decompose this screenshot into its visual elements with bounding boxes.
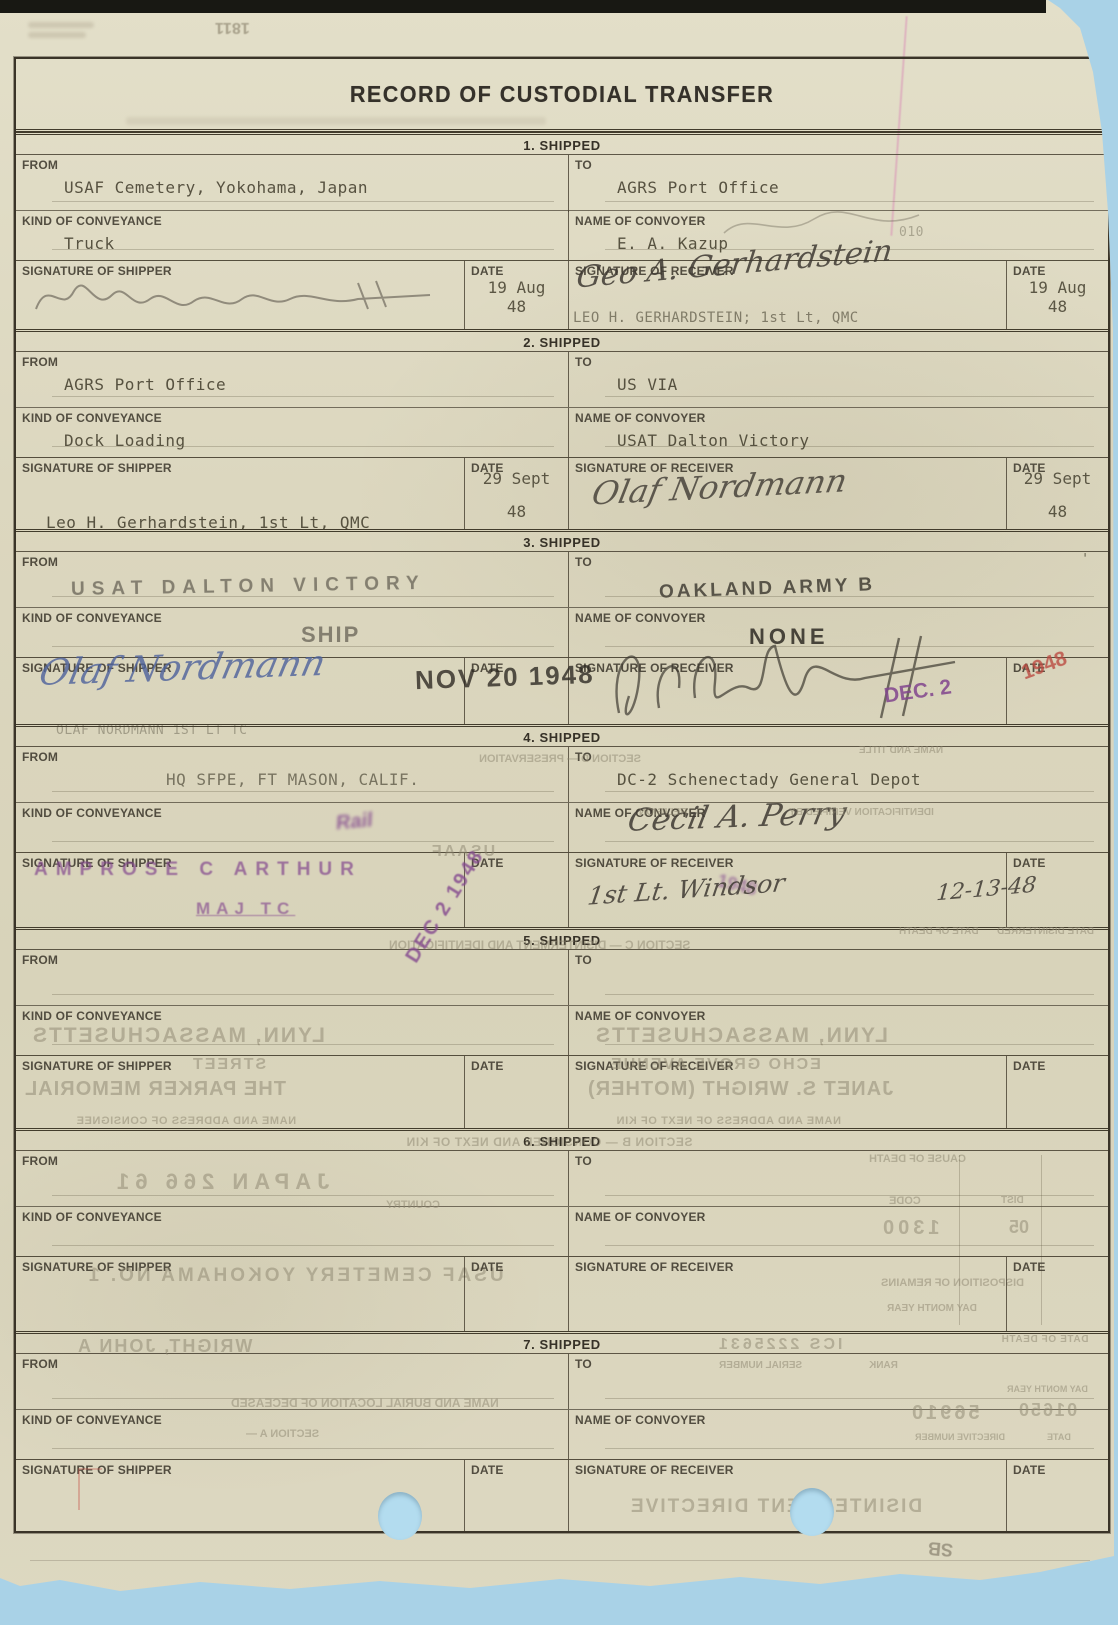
section-1-header: 1. SHIPPED bbox=[16, 135, 1108, 155]
s7-kind-cell: KIND OF CONVEYANCE NAME AND BURIAL LOCAT… bbox=[16, 1410, 568, 1459]
from-label: FROM bbox=[16, 552, 568, 569]
punch-hole-left bbox=[378, 1492, 422, 1540]
s4-from-value: HQ SFPE, FT MASON, CALIF. bbox=[16, 770, 568, 789]
s5-dod-bleed: DATE OF DEATH bbox=[899, 926, 979, 937]
s4-shipper-sig-cell: SIGNATURE OF SHIPPER AMPROSE C ARTHUR MA… bbox=[16, 853, 464, 927]
s1-shipper-date-line1: 19 Aug bbox=[465, 278, 568, 297]
s5-convoyer-cell: NAME OF CONVOYER LYNN, MASSACHUSETTS bbox=[568, 1006, 1108, 1055]
kind-label: KIND OF CONVEYANCE bbox=[16, 1207, 568, 1224]
s2-receiver-date-line2: 48 bbox=[1007, 502, 1108, 521]
s6-disposition-bleed: DISPOSITION OF REMAINS bbox=[881, 1277, 1024, 1289]
s7-disinterment-bleed: DISINTERMENT DIRECTIVE bbox=[629, 1496, 922, 1518]
section-2: 2. SHIPPED FROM AGRS Port Office TO US V… bbox=[16, 329, 1108, 529]
s2-receiver-date-cell: DATE 29 Sept48 bbox=[1006, 458, 1108, 529]
section-6-header: 6. SHIPPED NAME AND ADDRESS OF CONSIGNEE… bbox=[16, 1131, 1108, 1151]
s7-section-bleed: SECTION A — bbox=[246, 1428, 319, 1440]
from-label: FROM bbox=[16, 1151, 568, 1168]
s7-burial-bleed: NAME AND BURIAL LOCATION OF DECEASED bbox=[231, 1396, 499, 1410]
section-1: 1. SHIPPED FROM USAF Cemetery, Yokohama,… bbox=[16, 132, 1108, 329]
from-label: FROM bbox=[16, 950, 568, 967]
s4-idverified-bleed: IDENTIFICATION VERIFIED BY bbox=[789, 807, 934, 818]
s6-caption-bleed: SECTION B — CONSIGNEE AND NEXT OF KIN bbox=[406, 1135, 692, 1149]
section-3: 3. SHIPPED ' ST. LT. T.S. FROM USAT DALT… bbox=[16, 529, 1108, 724]
s2-from-cell: FROM AGRS Port Office bbox=[16, 352, 568, 407]
s6-dist-bleed: DIST bbox=[1001, 1195, 1024, 1206]
s7-date-bleed: DATE bbox=[1047, 1432, 1071, 1442]
s4-kind-smudged-stamp: Rail bbox=[335, 809, 373, 835]
s6-cemetery-bleed: USAF CEMETERY YOKOHAMA NO. 1 bbox=[86, 1265, 504, 1287]
s6-nok-bleed: NAME AND ADDRESS OF NEXT OF KIN bbox=[616, 1115, 841, 1127]
s5-receiver-date-cell: DATE DATE DISINTERRED bbox=[1006, 1056, 1108, 1128]
s3-from-stamp: USAT DALTON VICTORY bbox=[71, 573, 426, 601]
s3-shipper-date-cell: DATE NOV 20 1948 bbox=[464, 658, 568, 724]
from-label: FROM bbox=[16, 155, 568, 172]
s3-shipper-typed-faint: OLAF NORDMANN 1ST LT TC bbox=[56, 723, 504, 738]
section-7-header: 7. SHIPPED WRIGHT, JOHN A ICS 2225631 DA… bbox=[16, 1334, 1108, 1354]
scanned-document: 1811 RECORD OF CUSTODIAL TRANSFER 1. SHI… bbox=[0, 0, 1118, 1625]
s7-ics-bleed: ICS 2225631 bbox=[716, 1336, 842, 1354]
convoyer-label: NAME OF CONVOYER bbox=[569, 1006, 1108, 1023]
s3-shipper-signature: Olaf Nordmann bbox=[35, 643, 329, 694]
s7-dmy-bleed: DAY MONTH YEAR bbox=[1007, 1384, 1088, 1394]
section-2-header-label: 2. SHIPPED bbox=[523, 335, 601, 350]
s5-to-cell: TO bbox=[568, 950, 1108, 1005]
to-label: TO bbox=[569, 747, 1108, 764]
custodial-transfer-form: RECORD OF CUSTODIAL TRANSFER 1. SHIPPED … bbox=[14, 57, 1110, 1533]
s2-from-value: AGRS Port Office bbox=[16, 375, 568, 394]
s6-shipper-date-cell: DATE bbox=[464, 1257, 568, 1331]
s5-lynn-right-bleed: LYNN, MASSACHUSETTS bbox=[594, 1024, 888, 1048]
s7-number1-bleed: 56910 bbox=[909, 1402, 980, 1425]
date-label: DATE bbox=[465, 261, 568, 278]
date-label: DATE bbox=[465, 1257, 568, 1274]
s3-date-stamp: NOV 20 1948 bbox=[415, 659, 596, 696]
s1-convoyer-value: E. A. Kazup bbox=[569, 234, 1108, 253]
s6-code-bleed: CODE bbox=[889, 1195, 921, 1207]
from-label: FROM bbox=[16, 1354, 568, 1371]
s6-cause-bleed: CAUSE OF DEATH bbox=[869, 1153, 966, 1165]
s6-1300-bleed: 1300 bbox=[879, 1217, 940, 1240]
illegible-signature bbox=[28, 269, 448, 327]
to-label: TO bbox=[569, 352, 1108, 369]
s6-from-cell: FROM JAPAN 266 61 COUNTRY bbox=[16, 1151, 568, 1206]
s1-receiver-date-cell: DATE 19 Aug48 bbox=[1006, 261, 1108, 329]
s3-receiver-sig-cell: SIGNATURE OF RECEIVER DEC. 2 bbox=[568, 658, 1006, 724]
top-smudge-1 bbox=[28, 22, 94, 28]
s6-convoyer-cell: NAME OF CONVOYER CODE DIST 1300 05 bbox=[568, 1207, 1108, 1256]
s1-kind-cell: KIND OF CONVEYANCE Truck bbox=[16, 211, 568, 260]
s5-street-bleed: STREET bbox=[191, 1056, 266, 1074]
to-label: TO bbox=[569, 1151, 1108, 1168]
section-4-header-label: 4. SHIPPED bbox=[523, 730, 601, 745]
punch-hole-right bbox=[790, 1488, 834, 1536]
s6-receiver-sig-cell: SIGNATURE OF RECEIVER DISPOSITION OF REM… bbox=[568, 1257, 1006, 1331]
s3-shipper-sig-cell: SIGNATURE OF SHIPPER Olaf Nordmann OLAF … bbox=[16, 658, 464, 724]
kind-label: KIND OF CONVEYANCE bbox=[16, 803, 568, 820]
kind-label: KIND OF CONVEYANCE bbox=[16, 608, 568, 625]
form-title: RECORD OF CUSTODIAL TRANSFER bbox=[49, 81, 1075, 108]
date-label: DATE bbox=[465, 1460, 568, 1477]
s1-from-value: USAF Cemetery, Yokohama, Japan bbox=[16, 178, 568, 197]
title-box: RECORD OF CUSTODIAL TRANSFER bbox=[16, 59, 1108, 132]
s5-dd-bleed: DATE DISINTERRED bbox=[997, 926, 1094, 937]
s4-shipper-rank-stamp: MAJ TC bbox=[196, 899, 295, 919]
top-smudge-2 bbox=[28, 32, 86, 38]
s2-receiver-sig-cell: SIGNATURE OF RECEIVER Olaf Nordmann bbox=[568, 458, 1006, 529]
s7-receiver-sig-cell: SIGNATURE OF RECEIVER DISINTERMENT DIREC… bbox=[568, 1460, 1006, 1531]
s1-convoyer-cell: NAME OF CONVOYER E. A. Kazup bbox=[568, 211, 1108, 260]
s1-to-value: AGRS Port Office bbox=[569, 178, 1108, 197]
sig-receiver-label: SIGNATURE OF RECEIVER bbox=[569, 853, 1006, 870]
s4-to-value: DC-2 Schenectady General Depot bbox=[569, 770, 1108, 789]
date-label: DATE bbox=[1007, 261, 1108, 278]
s1-from-cell: FROM USAF Cemetery, Yokohama, Japan bbox=[16, 155, 568, 212]
s1-receiver-sig-cell: SIGNATURE OF RECEIVER Geo A. Gerhardstei… bbox=[568, 261, 1006, 329]
s2-footer-faint: ' ST. LT. T.S. bbox=[646, 552, 1118, 567]
date-label: DATE bbox=[1007, 1257, 1108, 1274]
section-3-header-label: 3. SHIPPED bbox=[523, 535, 601, 550]
s2-receiver-date-line1: 29 Sept bbox=[1007, 469, 1108, 488]
s1-shipper-sig-cell: SIGNATURE OF SHIPPER bbox=[16, 261, 464, 329]
s6-shipper-sig-cell: SIGNATURE OF SHIPPER USAF CEMETERY YOKOH… bbox=[16, 1257, 464, 1331]
s5-kind-cell: KIND OF CONVEYANCE LYNN, MASSACHUSETTS bbox=[16, 1006, 568, 1055]
sig-shipper-label: SIGNATURE OF SHIPPER bbox=[16, 458, 464, 475]
title-smudge bbox=[126, 117, 546, 125]
red-pencil-mark bbox=[78, 1468, 102, 1510]
s4-section-bleed: SECTION D — PRESERVATION bbox=[479, 753, 641, 765]
s6-japan-bleed: JAPAN 266 61 bbox=[111, 1169, 329, 1195]
s4-name-title-bleed: NAME AND TITLE bbox=[859, 745, 943, 756]
s2-shipper-sig-cell: SIGNATURE OF SHIPPER Leo H. Gerhardstein… bbox=[16, 458, 464, 529]
s7-dod-bleed: DATE OF DEATH bbox=[1001, 1334, 1088, 1345]
s7-receiver-date-cell: DATE bbox=[1006, 1460, 1108, 1531]
section-6: 6. SHIPPED NAME AND ADDRESS OF CONSIGNEE… bbox=[16, 1128, 1108, 1331]
illegible-signature bbox=[599, 618, 989, 722]
sig-receiver-label: SIGNATURE OF RECEIVER bbox=[569, 1257, 1006, 1274]
date-label: DATE bbox=[465, 1056, 568, 1073]
section-5: 5. SHIPPED FROM TO KIND OF CONVEYANCE LY… bbox=[16, 927, 1108, 1128]
section-1-header-label: 1. SHIPPED bbox=[523, 138, 601, 153]
s1-receiver-typed: LEO H. GERHARDSTEIN; 1st Lt, QMC bbox=[573, 310, 1010, 326]
bottom-note: SB bbox=[927, 1537, 954, 1560]
s2-shipper-date-line1: 29 Sept bbox=[465, 469, 568, 488]
s5-shipper-date-cell: DATE bbox=[464, 1056, 568, 1128]
section-2-header: 2. SHIPPED bbox=[16, 332, 1108, 352]
to-label: TO bbox=[569, 1354, 1108, 1371]
section-7: 7. SHIPPED WRIGHT, JOHN A ICS 2225631 DA… bbox=[16, 1331, 1108, 1531]
s7-number2-bleed: 01650 bbox=[1017, 1400, 1077, 1421]
s5-echo-bleed: ECHO GROVE AVENUE bbox=[609, 1056, 821, 1074]
convoyer-label: NAME OF CONVOYER bbox=[569, 408, 1108, 425]
s2-convoyer-cell: NAME OF CONVOYER USAT Dalton Victory bbox=[568, 408, 1108, 457]
s4-to-cell: TO DC-2 Schenectady General Depot bbox=[568, 747, 1108, 802]
s7-directive-bleed: DIRECTIVE NUMBER bbox=[915, 1432, 1005, 1442]
s5-lynn-left-bleed: LYNN, MASSACHUSETTS bbox=[31, 1024, 325, 1048]
s2-convoyer-value: USAT Dalton Victory bbox=[569, 431, 1108, 450]
s7-convoyer-cell: NAME OF CONVOYER 56910 01650 DIRECTIVE N… bbox=[568, 1410, 1108, 1459]
kind-label: KIND OF CONVEYANCE bbox=[16, 408, 568, 425]
section-7-header-label: 7. SHIPPED bbox=[523, 1337, 601, 1352]
kind-label: KIND OF CONVEYANCE bbox=[16, 1006, 568, 1023]
s4-receiver-date-cell: DATE 12-13-48 bbox=[1006, 853, 1108, 927]
s1-shipper-date-line2: 48 bbox=[465, 297, 568, 316]
s1-kind-value: Truck bbox=[16, 234, 568, 253]
s3-to-stamp: OAKLAND ARMY B bbox=[659, 574, 876, 604]
s2-kind-value: Dock Loading bbox=[16, 431, 568, 450]
s5-from-cell: FROM bbox=[16, 950, 568, 1005]
sig-receiver-label: SIGNATURE OF RECEIVER bbox=[569, 1460, 1006, 1477]
kind-label: KIND OF CONVEYANCE bbox=[16, 211, 568, 228]
s2-to-value: US VIA bbox=[569, 375, 1108, 394]
s7-serial-bleed: SERIAL NUMBER bbox=[719, 1360, 802, 1371]
s7-rank-bleed: RANK bbox=[869, 1360, 898, 1371]
s5-janet-bleed: JANET S. WRIGHT (MOTHER) bbox=[587, 1078, 893, 1101]
s7-shipper-date-cell: DATE bbox=[464, 1460, 568, 1531]
s4-shipper-stamp: AMPROSE C ARTHUR bbox=[34, 859, 362, 881]
date-label: DATE bbox=[1007, 1056, 1108, 1073]
s2-shipper-typed: Leo H. Gerhardstein, 1st Lt, QMC bbox=[46, 513, 494, 532]
s4-receiver-signature: 1st Lt. Windsor bbox=[586, 868, 787, 910]
s1-receiver-date-line2: 48 bbox=[1007, 297, 1108, 316]
s3-from-cell: FROM USAT DALTON VICTORY bbox=[16, 552, 568, 607]
fold-line bbox=[30, 1560, 1090, 1561]
s6-05-bleed: 05 bbox=[1009, 1217, 1029, 1238]
scan-edge-strip bbox=[0, 0, 1046, 13]
s6-to-cell: TO CAUSE OF DEATH bbox=[568, 1151, 1108, 1206]
to-label: TO bbox=[569, 950, 1108, 967]
s6-receiver-date-cell: DATE bbox=[1006, 1257, 1108, 1331]
s3-receiver-date-cell: DATE 1948 bbox=[1006, 658, 1108, 724]
s2-kind-cell: KIND OF CONVEYANCE Dock Loading bbox=[16, 408, 568, 457]
kind-label: KIND OF CONVEYANCE bbox=[16, 1410, 568, 1427]
s5-parker-bleed: THE PARKER MEMORIAL bbox=[24, 1078, 286, 1101]
section-4: 4. SHIPPED FROM HQ SFPE, FT MASON, CALIF… bbox=[16, 724, 1108, 927]
from-label: FROM bbox=[16, 352, 568, 369]
date-label: DATE bbox=[1007, 853, 1108, 870]
to-label: TO bbox=[569, 155, 1108, 172]
s1-shipper-date-cell: DATE 19 Aug48 bbox=[464, 261, 568, 329]
s4-religion-bleed: RELIGION bbox=[639, 807, 687, 818]
top-form-code: 1811 bbox=[215, 18, 250, 36]
paper-sheet: 1811 RECORD OF CUSTODIAL TRANSFER 1. SHI… bbox=[0, 0, 1118, 1625]
s2-to-cell: TO US VIA bbox=[568, 352, 1108, 407]
s6-dmy-bleed: DAY MONTH YEAR bbox=[887, 1303, 977, 1314]
s6-kind-cell: KIND OF CONVEYANCE bbox=[16, 1207, 568, 1256]
section-3-header: 3. SHIPPED ' ST. LT. T.S. bbox=[16, 532, 1108, 552]
date-label: DATE bbox=[1007, 1460, 1108, 1477]
s1-receiver-date-line1: 19 Aug bbox=[1007, 278, 1108, 297]
s6-consignee-bleed: NAME AND ADDRESS OF CONSIGNEE bbox=[76, 1115, 296, 1127]
